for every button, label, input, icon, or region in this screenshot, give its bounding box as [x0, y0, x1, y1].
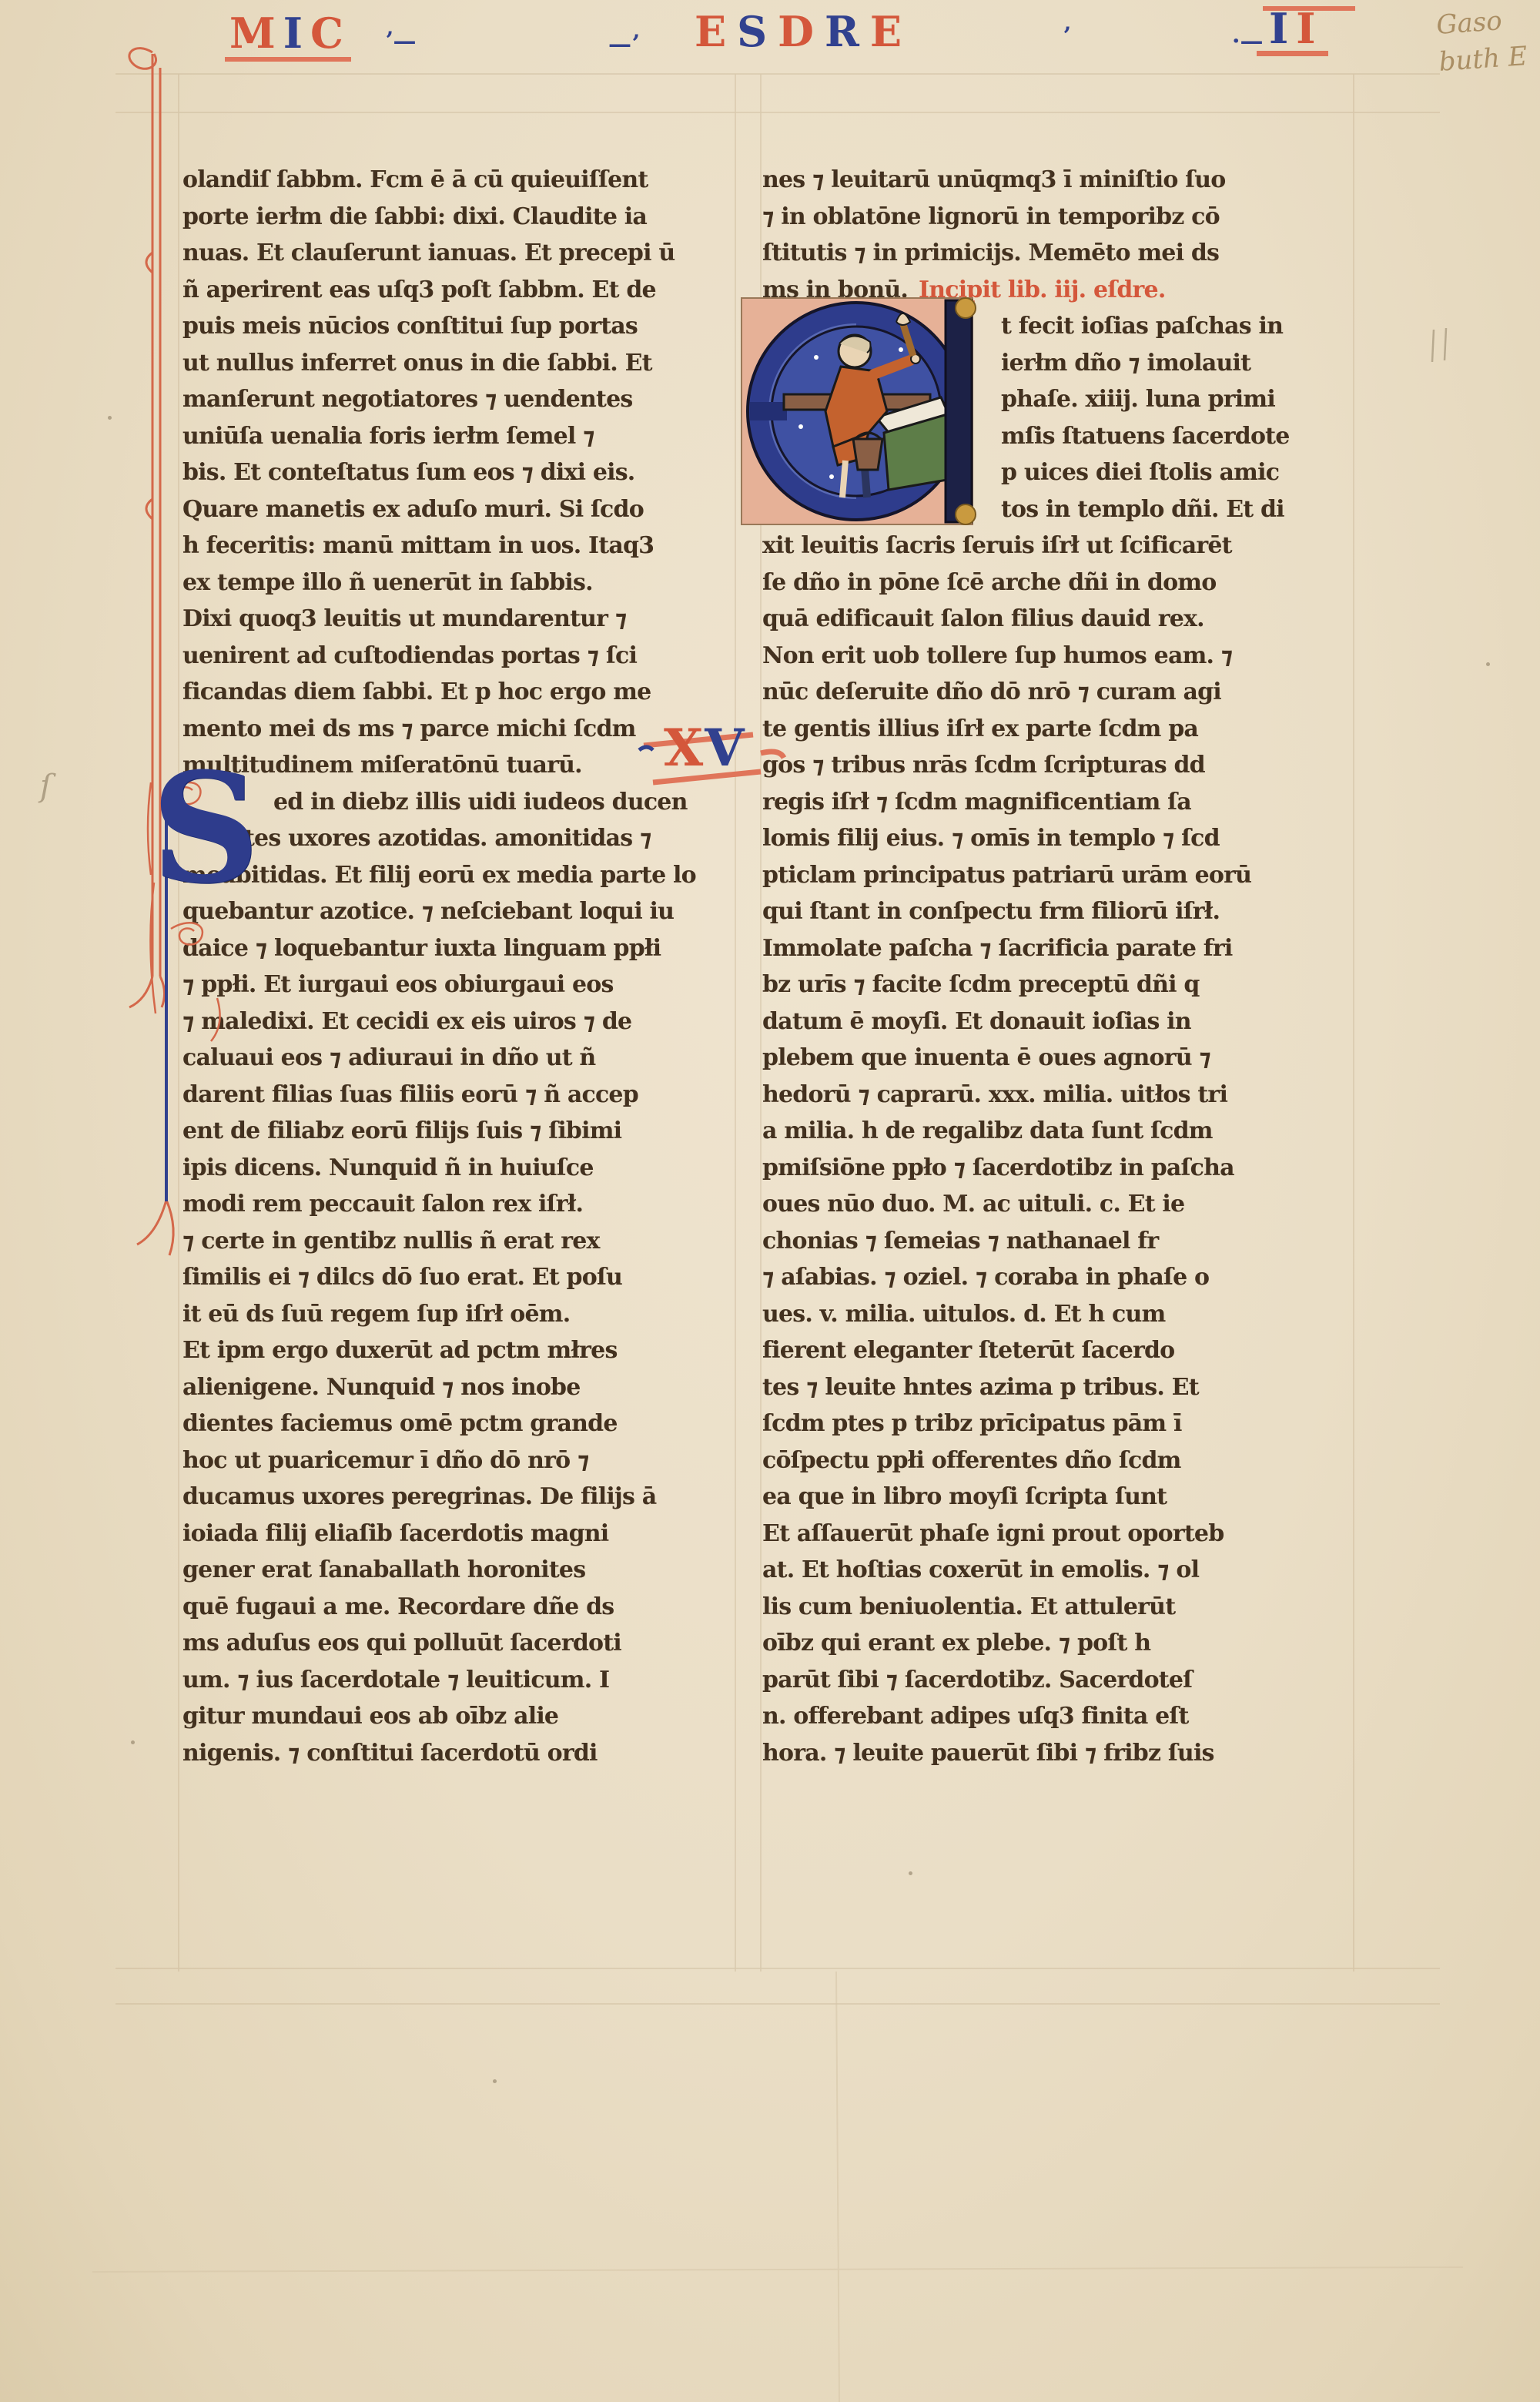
text-line: pmiſsiōne ppło ⁊ ſacerdotibz in paſcha — [762, 1150, 1357, 1187]
text-line: ⁊ aſabias. ⁊ oziel. ⁊ coraba in phaſe o — [762, 1259, 1357, 1296]
right-text-column-top: nes ⁊ leuitarū unūqmq3 ī miniſtio ſuo⁊ i… — [762, 162, 1354, 272]
text-line: nes ⁊ leuitarū unūqmq3 ī miniſtio ſuo — [762, 162, 1354, 199]
right-text-column-rest: xit leuitis ſacris ſeruis iſrł ut ſcific… — [762, 528, 1357, 1771]
text-line: um. ⁊ ius ſacerdotale ⁊ leuiticum. I — [182, 1662, 734, 1699]
text-line: oues nūo duo. M. ac uituli. c. Et ie — [762, 1186, 1357, 1223]
text-line: bz urīs ⁊ facite ſcdm preceptū dñi q — [762, 966, 1357, 1003]
text-line: ſtitutis ⁊ in primicijs. Memēto mei ds — [762, 235, 1354, 272]
text-line: alienigene. Nunquid ⁊ nos inobe — [182, 1369, 734, 1406]
text-line: ficandas diem ſabbi. Et p hoc ergo me — [182, 674, 734, 711]
text-line: mſis ſtatuens ſacerdote — [1001, 418, 1354, 455]
text-line: Et ipm ergo duxerūt ad pctm młres — [182, 1332, 734, 1369]
text-line: nūc deſeruite dño dō nrō ⁊ curam agi — [762, 674, 1357, 711]
text-line: ues. v. milia. uitulos. d. Et h cum — [762, 1296, 1357, 1333]
running-title-left: MIC — [225, 12, 351, 62]
title-letter: M — [229, 12, 276, 54]
text-line: darent filias ſuas filiis eorū ⁊ ñ accep — [182, 1077, 734, 1114]
illuminated-initial-E — [739, 296, 995, 527]
text-line: p uices diei ſtolis amic — [1001, 454, 1354, 491]
title-letter: R — [825, 11, 859, 52]
ink-speck — [131, 1740, 135, 1744]
initial-s-letter: S — [151, 753, 260, 904]
decorated-initial-S: S — [143, 767, 259, 1044]
text-line: h feceritis: manū mittam in uos. Itaq3 — [182, 528, 734, 564]
text-line: ipis dicens. Nunquid ñ in huiuſce — [182, 1150, 734, 1187]
text-line: Quare manetis ex aduſo muri. Si ſcdo — [182, 491, 734, 528]
text-line: uenirent ad cuſtodiendas portas ⁊ ſci — [182, 638, 734, 675]
corner-inscription-line: buth E — [1438, 39, 1528, 81]
text-line: ñ aperirent eas uſq3 poſt ſabbm. Et de — [182, 272, 734, 309]
header-swash-icon: ʼ— — [385, 28, 416, 55]
ink-speck — [493, 2079, 497, 2083]
text-line: a milia. h de regalibz data ſunt ſcdm — [762, 1113, 1357, 1150]
text-line: olandiſ ſabbm. Fcm ē ā cū quieuiſſent — [182, 162, 734, 199]
text-line: hedorū ⁊ caprarū. xxx. milia. uitłos tri — [762, 1077, 1357, 1114]
text-line: ⁊ ppłi. Et iurgaui eos obiurgaui eos — [182, 966, 734, 1003]
text-line: qui ſtant in conſpectu frm filiorū iſrł. — [762, 893, 1357, 930]
text-line: t fecit ioſias paſchas in — [1001, 308, 1354, 345]
text-line: tos in templo dñi. Et di — [1001, 491, 1354, 528]
title-letter: E — [870, 11, 902, 52]
corner-inscription-line: Gaso — [1435, 2, 1526, 44]
margin-mark: ſ — [40, 769, 52, 804]
text-line: quā edificauit ſalon filius dauid rex. — [762, 601, 1357, 638]
ink-speck — [108, 416, 112, 420]
text-line: datum ē moyſi. Et donauit ioſias in — [762, 1003, 1357, 1040]
text-line: at. Et hoſtias coxerūt in emolis. ⁊ ol — [762, 1552, 1357, 1589]
text-line: hora. ⁊ leuite pauerūt ſibi ⁊ fribz ſuis — [762, 1735, 1357, 1772]
header-swash-icon: ʼ — [1063, 23, 1070, 50]
text-line: uniūſa uenalia foris ierłm ſemel ⁊ — [182, 418, 734, 455]
text-line: nuas. Et clauſerunt ianuas. Et precepi ū — [182, 235, 734, 272]
text-line: cōſpectu ppłi offerentes dño ſcdm — [762, 1442, 1357, 1479]
text-line: ut nullus inferret onus in die ſabbi. Et — [182, 345, 734, 382]
text-line: bis. Et conteſtatus ſum eos ⁊ dixi eis. — [182, 454, 734, 491]
text-line: ⁊ maledixi. Et cecidi ex eis uiros ⁊ de — [182, 1003, 734, 1040]
title-letter: D — [778, 11, 814, 52]
title-letter: I — [1269, 8, 1288, 49]
text-line: ent de filiabz eorū filijs ſuis ⁊ ſibimi — [182, 1113, 734, 1150]
text-line: lomis filij eius. ⁊ omīs in templo ⁊ ſcd — [762, 820, 1357, 857]
title-letter: S — [737, 11, 767, 52]
left-text-column: olandiſ ſabbm. Fcm ē ā cū quieuiſſentpor… — [182, 162, 734, 1771]
text-line: fierent eleganter ſteterūt ſacerdo — [762, 1332, 1357, 1369]
text-line: Dixi quoq3 leuitis ut mundarentur ⁊ — [182, 601, 734, 638]
text-line: ioiada filij eliaſib ſacerdotis magni — [182, 1516, 734, 1553]
text-line: ſcdm ptes p tribz prīcipatus pām ī — [762, 1405, 1357, 1442]
text-line: Immolate paſcha ⁊ ſacrificia parate fri — [762, 930, 1357, 967]
text-line: quē fugaui a me. Recordare dñe ds — [182, 1589, 734, 1626]
ink-speck — [1486, 662, 1490, 666]
text-line: lis cum beniuolentia. Et attulerūt — [762, 1589, 1357, 1626]
ink-speck — [909, 1871, 912, 1875]
text-line: caluaui eos ⁊ adiuraui in dño ut ñ — [182, 1040, 734, 1077]
text-line: ierłm dño ⁊ imolauit — [1001, 345, 1354, 382]
text-line: tes uxores azotidas. amonitidas ⁊ — [182, 820, 734, 857]
text-line: Et aſſauerūt phaſe igni prout oporteb — [762, 1516, 1357, 1553]
text-line: pticlam principatus patriarū urām eorū — [762, 857, 1357, 894]
text-line: hoc ut puaricemur ī dño dō nrō ⁊ — [182, 1442, 734, 1479]
title-letter: E — [695, 11, 726, 52]
text-line: xit leuitis ſacris ſeruis iſrł ut ſcific… — [762, 528, 1357, 564]
text-line: modi rem peccauit ſalon rex iſrł. — [182, 1186, 734, 1223]
text-line: it eū ds ſuū regem ſup iſrł oēm. — [182, 1296, 734, 1333]
title-letter: C — [310, 12, 343, 54]
text-line: ea que in libro moyſi ſcripta ſunt — [762, 1479, 1357, 1516]
text-line: porte ierłm die ſabbi: dixi. Claudite ia — [182, 199, 734, 236]
text-line: puis meis nūcios conſtitui ſup portas — [182, 308, 734, 345]
text-line: ducamus uxores peregrinas. De filijs ā — [182, 1479, 734, 1516]
text-line: ⁊ certe in gentibz nullis ñ erat rex — [182, 1223, 734, 1260]
running-title-center: ESDRE — [695, 11, 902, 52]
title-letter: V — [705, 722, 744, 773]
text-line: manſerunt negotiatores ⁊ uendentes — [182, 381, 734, 418]
text-line: gitur mundaui eos ab oībz alie — [182, 1698, 734, 1735]
text-line: ⁊ in oblatōne lignorū in temporibz cō — [762, 199, 1354, 236]
text-line: ex tempe illo ñ uenerūt in ſabbis. — [182, 564, 734, 601]
folio-numeral: II — [1257, 8, 1328, 56]
text-line: moabitidas. Et filij eorū ex media parte… — [182, 857, 734, 894]
text-line: ſe dño in pōne ſcē arche dñi in domo — [762, 564, 1357, 601]
text-line: ms aduſus eos qui polluūt ſacerdoti — [182, 1625, 734, 1662]
text-line: quebantur azotice. ⁊ neſciebant loqui iu — [182, 893, 734, 930]
text-line: daice ⁊ loquebantur iuxta linguam ppłi — [182, 930, 734, 967]
text-line: te gentis illius iſrł ex parte ſcdm pa — [762, 711, 1357, 748]
text-line: gos ⁊ tribus nrās ſcdm ſcripturas dd — [762, 747, 1357, 784]
text-line: regis iſrł ⁊ ſcdm magnificentiam ſa — [762, 784, 1357, 821]
text-line: tes ⁊ leuite hntes azima p tribus. Et — [762, 1369, 1357, 1406]
header-swash-icon: —ʼ — [608, 31, 639, 58]
text-line: dientes faciemus omē pctm grande — [182, 1405, 734, 1442]
text-line: phaſe. xiiij. luna primi — [1001, 381, 1354, 418]
text-line: gener erat ſanaballath horonites — [182, 1552, 734, 1589]
text-line: parūt ſibi ⁊ ſacerdotibz. Sacerdoteſ — [762, 1662, 1357, 1699]
initial-e-miniature — [739, 296, 995, 527]
title-letter: X — [664, 722, 703, 773]
text-line: plebem que inuenta ē oues agnorū ⁊ — [762, 1040, 1357, 1077]
text-line: n. offerebant adipes uſq3 finita eſt — [762, 1698, 1357, 1735]
text-line: Non erit uob tollere ſup humos eam. ⁊ — [762, 638, 1357, 675]
chapter-numeral-letters: XV — [664, 722, 744, 773]
text-line: nigenis. ⁊ conſtitui ſacerdotū ordi — [182, 1735, 734, 1772]
title-letter: I — [1296, 8, 1315, 49]
text-line: chonias ⁊ ſemeias ⁊ nathanael fr — [762, 1223, 1357, 1260]
text-line: oībz qui erant ex plebe. ⁊ poſt h — [762, 1625, 1357, 1662]
text-line: ſimilis ei ⁊ dilcs dō ſuo erat. Et poſu — [182, 1259, 734, 1296]
manuscript-page: MIC ʼ— —ʼ ESDRE ʼ ·— II Gaso buth E olan… — [0, 0, 1540, 2402]
right-text-column-beside-initial: t fecit ioſias paſchas inierłm dño ⁊ imo… — [1001, 308, 1354, 528]
title-letter: I — [283, 12, 303, 54]
corner-inscription: Gaso buth E — [1435, 2, 1528, 81]
